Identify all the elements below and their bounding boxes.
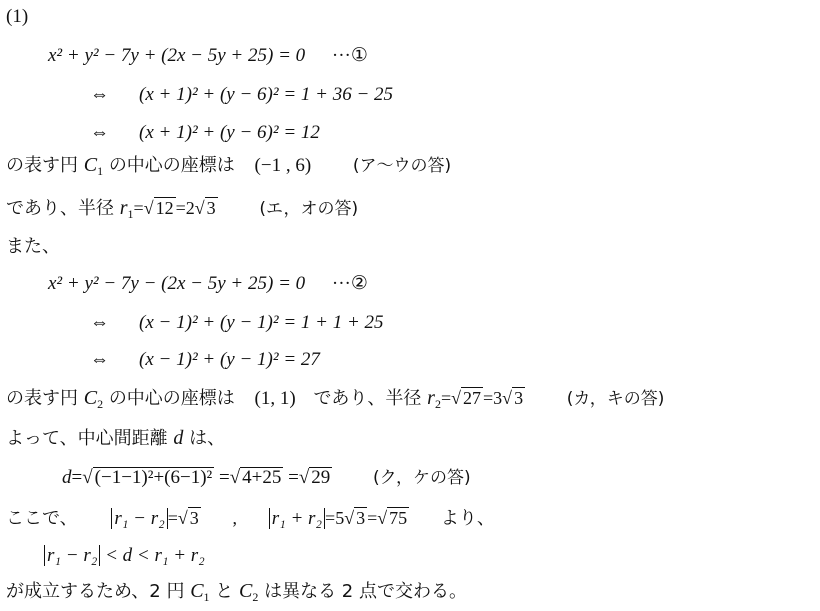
text-segment: の中心の座標は <box>109 155 235 176</box>
eq2-line2: ⇔ (x − 1)² + (y − 1)² = 1 + 1 + 25 <box>90 310 384 335</box>
eq1-expression: x² + y² − 7y + (2x − 5y + 25) = 0 <box>48 45 305 66</box>
text-segment: ここで、 <box>6 508 78 529</box>
eq2-step2: (x − 1)² + (y − 1)² = 1 + 1 + 25 <box>139 312 384 333</box>
abs-diff: r₁ − r₂ <box>44 545 100 566</box>
text-segment: の表す円 <box>6 388 78 409</box>
eq1-step2: (x + 1)² + (y − 6)² = 1 + 36 − 25 <box>139 84 393 105</box>
comma: , <box>232 508 237 528</box>
circle-subscript: 2 <box>252 590 258 604</box>
text-segment: であり、半径 <box>313 388 421 409</box>
equivalence-arrow-icon: ⇔ <box>90 122 109 143</box>
equals-coef: =3 <box>483 388 502 408</box>
equals: = <box>219 467 230 488</box>
circle-name: C <box>190 580 203 602</box>
radicand: 12 <box>154 197 176 218</box>
sqrt: √3 <box>178 506 201 530</box>
sqrt: √29 <box>299 466 332 490</box>
circle-subscript: 1 <box>97 164 103 178</box>
circle-name: C <box>239 580 252 602</box>
circle-name: C <box>84 387 97 409</box>
sqrt: √12 <box>144 196 176 220</box>
text-segment: よって、中心間距離 <box>6 428 168 449</box>
eq2-expression: x² + y² − 7y − (2x − 5y + 25) = 0 <box>48 273 305 294</box>
eq1-line2: ⇔ (x + 1)² + (y − 6)² = 1 + 36 − 25 <box>90 82 393 107</box>
problem-label: (1) <box>6 5 28 29</box>
sqrt: √27 <box>451 386 483 410</box>
text-segment: と <box>215 581 233 602</box>
equals: = <box>168 508 178 528</box>
sqrt: √4+25 <box>230 466 284 490</box>
equivalence-arrow-icon: ⇔ <box>90 312 109 333</box>
text-segment: の表す円 <box>6 155 78 176</box>
eq1-step3: (x + 1)² + (y − 6)² = 12 <box>139 122 320 143</box>
sqrt: √3 <box>344 506 367 530</box>
eq1-line1: x² + y² − 7y + (2x − 5y + 25) = 0 ···① <box>48 44 368 68</box>
circle-subscript: 2 <box>97 397 103 411</box>
eq2-line3: ⇔ (x − 1)² + (y − 1)² = 27 <box>90 347 320 372</box>
equals: = <box>72 467 83 488</box>
compare-line: ここで、 r₁ − r₂=√3 , r₁ + r₂=5√3=√75 より、 <box>6 506 495 531</box>
radicand: 3 <box>205 197 218 218</box>
distance-formula: d=√(−1−1)²+(6−1)² =√4+25 =√29 (ク，ケの答) <box>62 466 471 490</box>
radicand: 3 <box>512 387 525 408</box>
text-segment: が成立するため、2 円 <box>6 581 184 602</box>
radicand: 3 <box>188 507 201 528</box>
radicand: 4+25 <box>240 467 283 488</box>
c2-line: の表す円 C2 の中心の座標は (1, 1) であり、半径 r2=√27=3√3… <box>6 386 664 416</box>
eq2-step3: (x − 1)² + (y − 1)² = 27 <box>139 349 320 370</box>
equals: = <box>288 467 299 488</box>
equals: = <box>441 388 451 408</box>
radicand: 27 <box>461 387 483 408</box>
also-text: また、 <box>6 235 60 259</box>
c1-radius-line: であり、半径 r1=√12=2√3 (エ，オの答) <box>6 196 358 226</box>
eq1-line3: ⇔ (x + 1)² + (y − 6)² = 12 <box>90 120 320 145</box>
answer-note: (ク，ケの答) <box>373 468 471 488</box>
radicand: 29 <box>309 467 332 488</box>
equivalence-arrow-icon: ⇔ <box>90 84 109 105</box>
eq1-tag: ···① <box>332 45 368 66</box>
distance-var: d <box>62 467 72 488</box>
abs-diff: r₁ − r₂ <box>111 508 167 529</box>
eq2-line1: x² + y² − 7y − (2x − 5y + 25) = 0 ···② <box>48 272 368 296</box>
inequality-rest: < d < r₁ + r₂ <box>105 545 205 566</box>
distance-var: d <box>173 427 183 449</box>
radicand: 75 <box>387 507 409 528</box>
equals-coef: =2 <box>176 198 195 218</box>
circle-name: C <box>84 154 97 176</box>
conclusion-line: が成立するため、2 円 C1 と C2 は異なる 2 点で交わる。 <box>6 579 467 609</box>
sqrt: √75 <box>377 506 409 530</box>
text-segment: は、 <box>189 428 225 449</box>
answer-note: (カ，キの答) <box>567 389 665 409</box>
equivalence-arrow-icon: ⇔ <box>90 349 109 370</box>
c1-center-value: (−1 , 6) <box>255 155 312 176</box>
distance-intro: よって、中心間距離 d は、 <box>6 426 225 451</box>
equals: = <box>134 198 144 218</box>
radicand: 3 <box>354 507 367 528</box>
equals: = <box>367 508 377 528</box>
answer-note: (エ，オの答) <box>259 199 358 219</box>
inequality-line: r₁ − r₂ < d < r₁ + r₂ <box>44 544 205 568</box>
equals-coef: =5 <box>325 508 344 528</box>
radius-var: r <box>120 197 128 219</box>
eq2-tag: ···② <box>332 273 368 294</box>
answer-note: (ア〜ウの答) <box>353 156 451 176</box>
sqrt: √3 <box>195 196 218 220</box>
sqrt: √3 <box>502 386 525 410</box>
c2-center-value: (1, 1) <box>255 388 296 409</box>
abs-sum: r₁ + r₂ <box>269 508 325 529</box>
text-segment: より、 <box>441 508 495 529</box>
radicand: (−1−1)²+(6−1)² <box>93 467 215 488</box>
text-segment: は異なる 2 点で交わる。 <box>264 581 467 602</box>
sqrt: √(−1−1)²+(6−1)² <box>82 466 214 490</box>
text-segment: の中心の座標は <box>109 388 235 409</box>
c1-center-line: の表す円 C1 の中心の座標は (−1 , 6) (ア〜ウの答) <box>6 153 451 183</box>
circle-subscript: 1 <box>204 590 210 604</box>
text-segment: であり、半径 <box>6 198 114 219</box>
radius-var: r <box>427 387 435 409</box>
